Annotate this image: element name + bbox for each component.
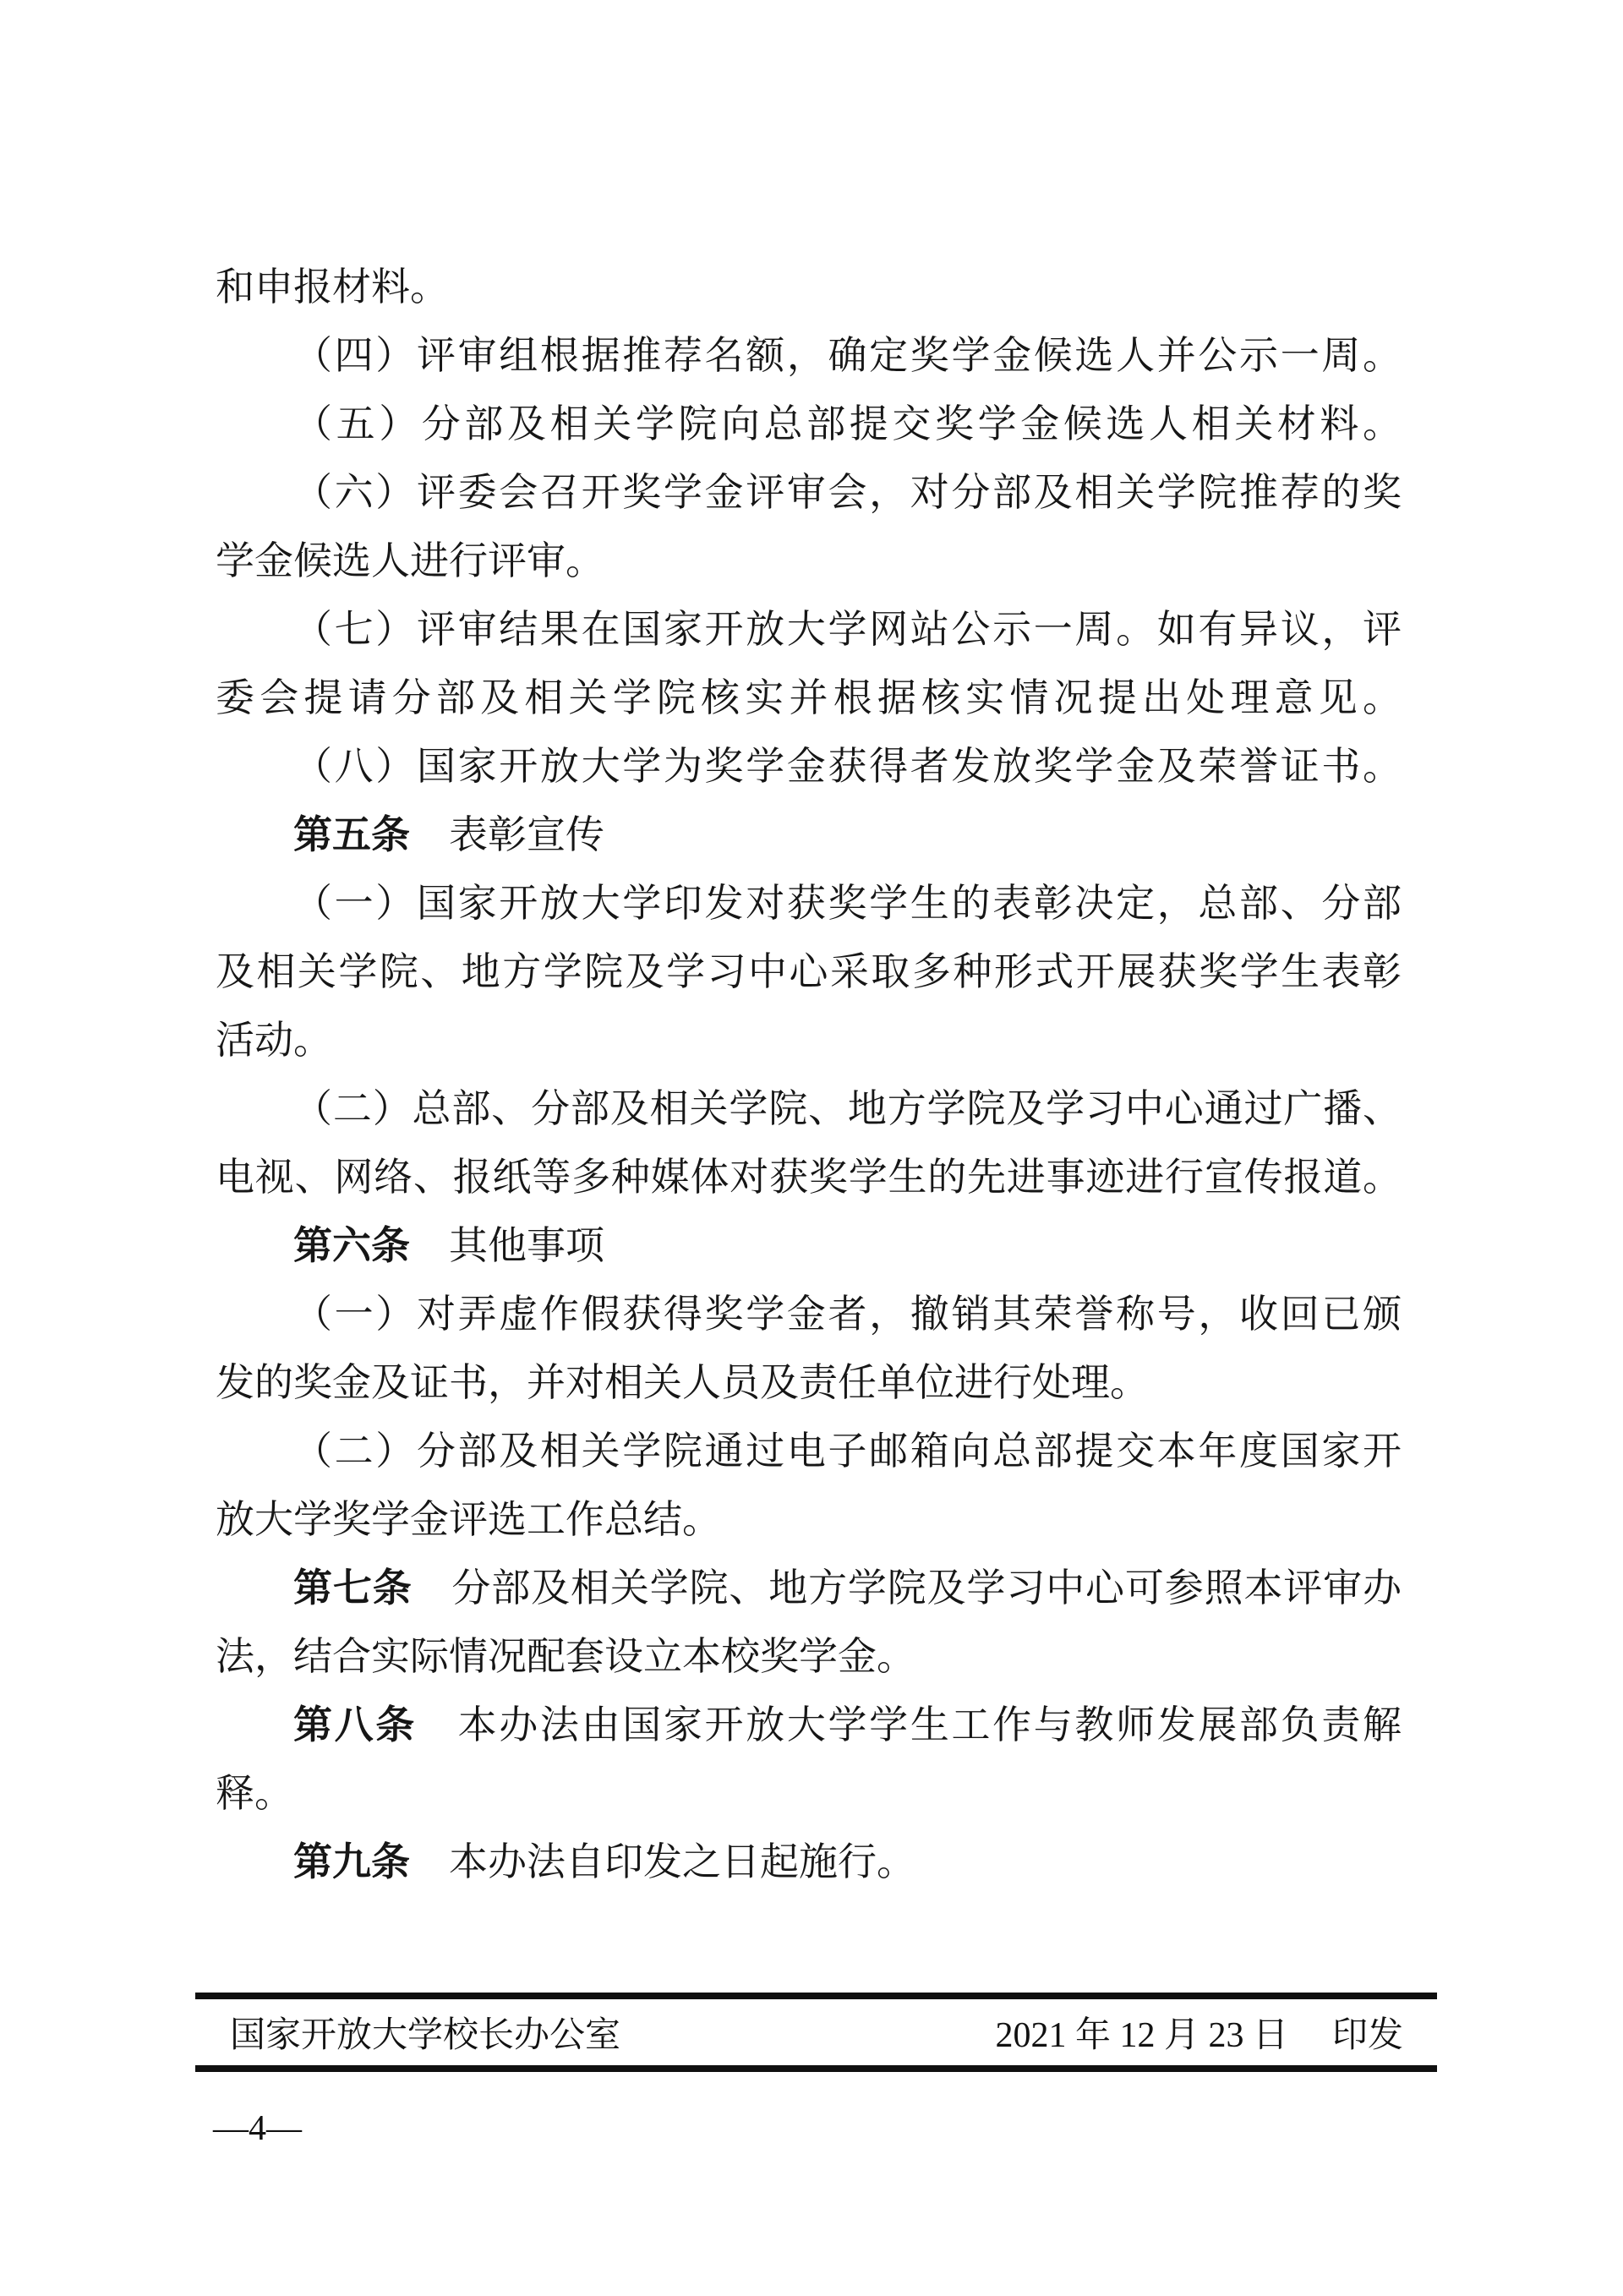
- line-text: （二）分部及相关学院通过电子邮箱向总部提交本年度国家开: [293, 1430, 1402, 1473]
- issue-date-group: 2021 年 12 月 23 日 印发: [995, 2007, 1403, 2058]
- document-page: 和申报材料。（四）评审组根据推荐名额，确定奖学金候选人并公示一周。（五）分部及相…: [0, 0, 1623, 2296]
- line-text: 学金候选人进行评审。: [216, 539, 604, 582]
- text-line-10: （一）国家开放大学印发对获奖学生的表彰决定，总部、分部: [216, 869, 1402, 938]
- text-line-7: 委会提请分部及相关学院核实并根据核实情况提出处理意见。: [216, 664, 1402, 732]
- issue-date: 2021 年 12 月 23 日: [995, 2007, 1288, 2058]
- text-line-16: （一）对弄虚作假获得奖学金者，撤销其荣誉称号，收回已颁: [216, 1280, 1402, 1348]
- line-text: （四）评审组根据推荐名额，确定奖学金候选人并公示一周。: [293, 334, 1402, 377]
- line-text: （一）国家开放大学印发对获奖学生的表彰决定，总部、分部: [293, 882, 1402, 925]
- line-text: 分部及相关学院、地方学院及学习中心可参照本评审办: [413, 1566, 1402, 1610]
- text-line-2: （四）评审组根据推荐名额，确定奖学金候选人并公示一周。: [216, 321, 1402, 390]
- text-line-22: 第八条 本办法由国家开放大学学生工作与教师发展部负责解: [216, 1691, 1402, 1759]
- footer-row: 国家开放大学校长办公室 2021 年 12 月 23 日 印发: [195, 1999, 1437, 2065]
- issue-action-label: 印发: [1332, 2007, 1403, 2058]
- text-line-19: 放大学奖学金评选工作总结。: [216, 1485, 1402, 1554]
- text-line-14: 电视、网络、报纸等多种媒体对获奖学生的先进事迹进行宣传报道。: [216, 1143, 1402, 1211]
- text-line-9: 第五条 表彰宣传: [216, 801, 1402, 869]
- document-footer: 国家开放大学校长办公室 2021 年 12 月 23 日 印发: [195, 1993, 1437, 2072]
- line-text: 法，结合实际情况配套设立本校奖学金。: [216, 1635, 915, 1678]
- text-line-3: （五）分部及相关学院向总部提交奖学金候选人相关材料。: [216, 390, 1402, 458]
- text-line-15: 第六条 其他事项: [216, 1211, 1402, 1280]
- text-line-12: 活动。: [216, 1006, 1402, 1074]
- article-number: 第六条: [293, 1224, 410, 1267]
- article-number: 第八条: [293, 1703, 417, 1747]
- line-text: 发的奖金及证书，并对相关人员及责任单位进行处理。: [216, 1361, 1149, 1404]
- text-line-23: 释。: [216, 1759, 1402, 1828]
- text-line-21: 法，结合实际情况配套设立本校奖学金。: [216, 1622, 1402, 1691]
- text-line-1: 和申报材料。: [216, 253, 1402, 321]
- line-text: 活动。: [216, 1019, 332, 1062]
- text-line-6: （七）评审结果在国家开放大学网站公示一周。如有异议，评: [216, 595, 1402, 664]
- text-line-20: 第七条 分部及相关学院、地方学院及学习中心可参照本评审办: [216, 1554, 1402, 1622]
- line-text: 委会提请分部及相关学院核实并根据核实情况提出处理意见。: [216, 676, 1402, 719]
- line-text: 和申报材料。: [216, 265, 449, 309]
- line-text: （七）评审结果在国家开放大学网站公示一周。如有异议，评: [293, 608, 1402, 651]
- document-body: 和申报材料。（四）评审组根据推荐名额，确定奖学金候选人并公示一周。（五）分部及相…: [216, 253, 1402, 1896]
- footer-rule-top: [195, 1993, 1437, 1999]
- page-number: —4—: [213, 2107, 302, 2151]
- footer-rule-bottom: [195, 2065, 1437, 2072]
- text-line-8: （八）国家开放大学为奖学金获得者发放奖学金及荣誉证书。: [216, 732, 1402, 801]
- line-text: 释。: [216, 1772, 293, 1815]
- text-line-5: 学金候选人进行评审。: [216, 527, 1402, 595]
- issuing-office-label: 国家开放大学校长办公室: [230, 2007, 620, 2058]
- text-line-18: （二）分部及相关学院通过电子邮箱向总部提交本年度国家开: [216, 1417, 1402, 1485]
- article-number: 第七条: [293, 1566, 413, 1610]
- line-text: 电视、网络、报纸等多种媒体对获奖学生的先进事迹进行宣传报道。: [216, 1156, 1402, 1199]
- text-line-24: 第九条 本办法自印发之日起施行。: [216, 1828, 1402, 1896]
- line-text: 其他事项: [410, 1224, 604, 1267]
- line-text: 放大学奖学金评选工作总结。: [216, 1498, 721, 1541]
- line-text: 及相关学院、地方学院及学习中心采取多种形式开展获奖学生表彰: [216, 950, 1402, 993]
- line-text: （八）国家开放大学为奖学金获得者发放奖学金及荣誉证书。: [293, 745, 1402, 788]
- article-number: 第五条: [293, 813, 410, 856]
- line-text: （一）对弄虚作假获得奖学金者，撤销其荣誉称号，收回已颁: [293, 1293, 1402, 1336]
- line-text: 本办法由国家开放大学学生工作与教师发展部负责解: [417, 1703, 1402, 1747]
- text-line-17: 发的奖金及证书，并对相关人员及责任单位进行处理。: [216, 1348, 1402, 1417]
- text-line-11: 及相关学院、地方学院及学习中心采取多种形式开展获奖学生表彰: [216, 938, 1402, 1006]
- line-text: （六）评委会召开奖学金评审会，对分部及相关学院推荐的奖: [293, 471, 1402, 514]
- text-line-4: （六）评委会召开奖学金评审会，对分部及相关学院推荐的奖: [216, 458, 1402, 527]
- article-number: 第九条: [293, 1840, 410, 1883]
- line-text: （二）总部、分部及相关学院、地方学院及学习中心通过广播、: [293, 1087, 1402, 1130]
- line-text: （五）分部及相关学院向总部提交奖学金候选人相关材料。: [293, 402, 1402, 446]
- text-line-13: （二）总部、分部及相关学院、地方学院及学习中心通过广播、: [216, 1074, 1402, 1143]
- line-text: 本办法自印发之日起施行。: [410, 1840, 915, 1883]
- line-text: 表彰宣传: [410, 813, 604, 856]
